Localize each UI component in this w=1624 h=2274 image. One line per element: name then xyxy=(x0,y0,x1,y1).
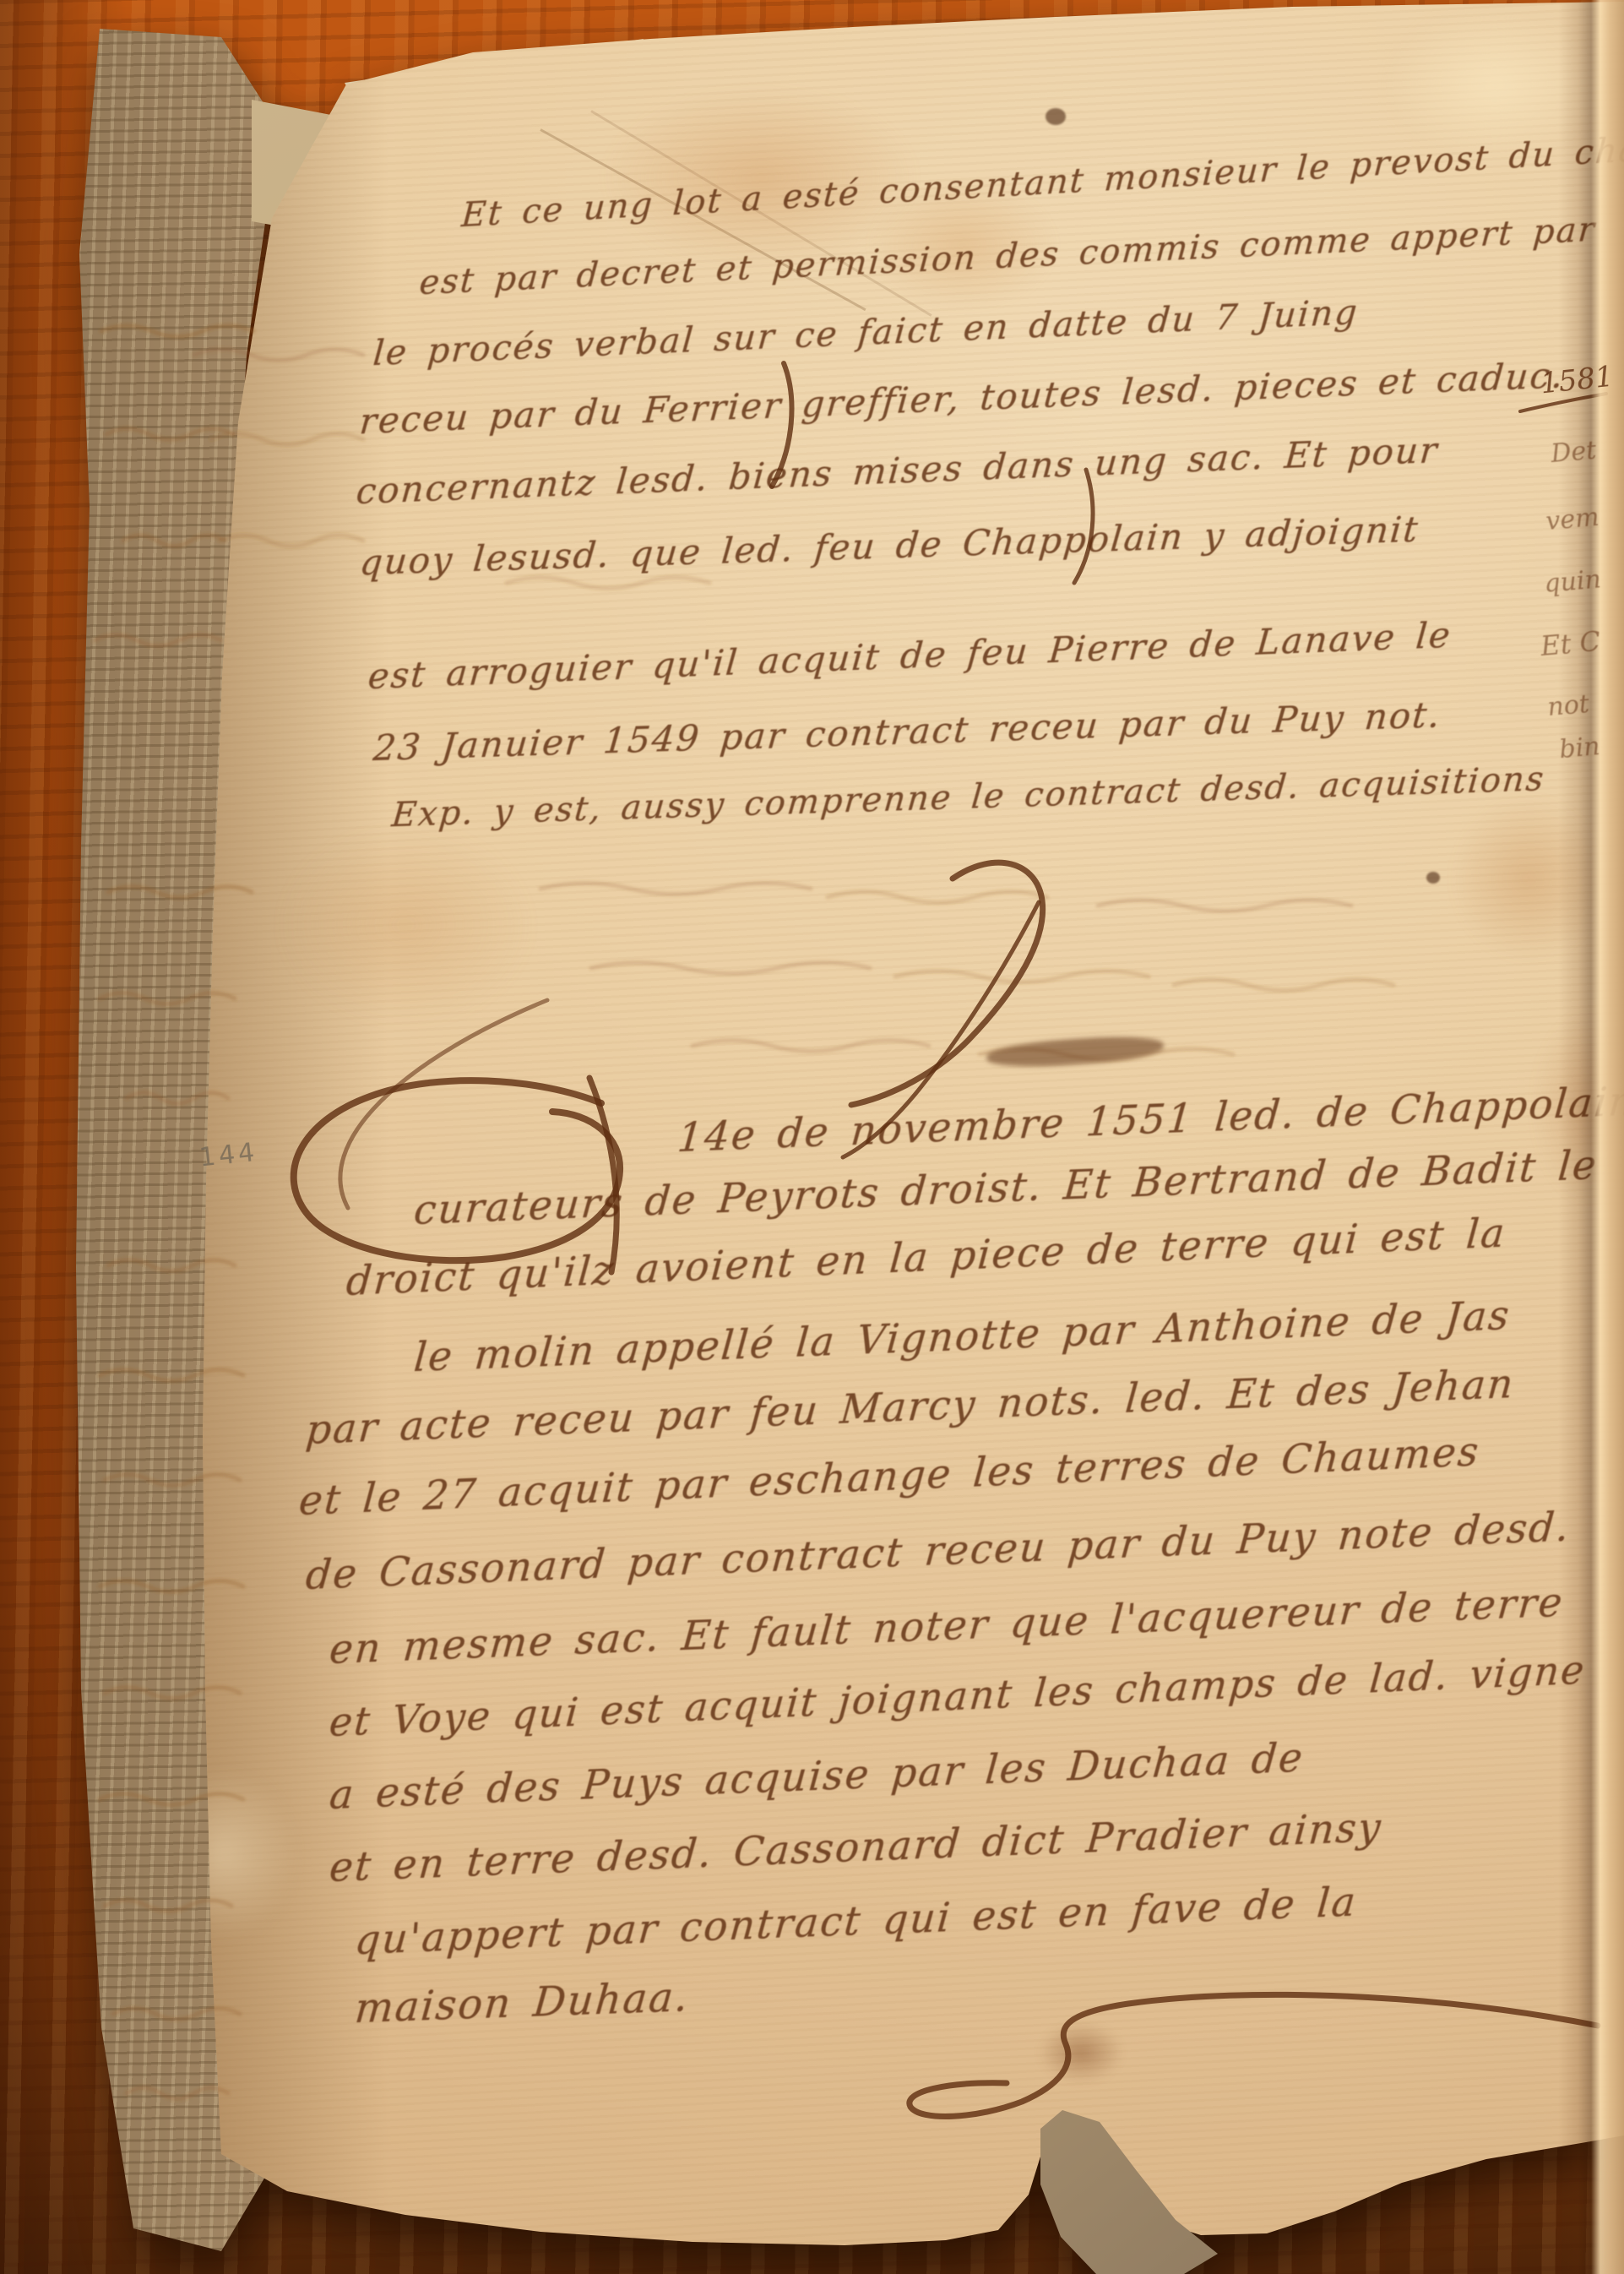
mid-flourish xyxy=(843,902,1039,1157)
bottom-flourish xyxy=(910,1994,1598,2116)
edge-text-fragment: Et C xyxy=(1540,625,1602,662)
manuscript-photo: Et ce ung lot a esté consentant monsieur… xyxy=(0,0,1624,2274)
tall-ascender xyxy=(1074,470,1093,583)
mid-flourish xyxy=(851,862,1043,1105)
ink-layer: Et ce ung lot a esté consentant monsieur… xyxy=(0,0,1624,2274)
edge-text-fragment: Det xyxy=(1550,435,1598,469)
page-fold-right-edge xyxy=(1558,0,1624,2274)
initial-letter-stem xyxy=(589,1078,616,1272)
edge-text-fragment: vem xyxy=(1545,503,1600,536)
tall-ascender xyxy=(772,363,791,487)
edge-text-fragment: bin xyxy=(1558,732,1601,764)
initial-letter-sweep xyxy=(340,1000,547,1208)
edge-text-fragment: not xyxy=(1546,689,1590,722)
edge-text-fragment: quin xyxy=(1543,564,1602,599)
calligraphic-flourishes xyxy=(0,0,1624,2274)
